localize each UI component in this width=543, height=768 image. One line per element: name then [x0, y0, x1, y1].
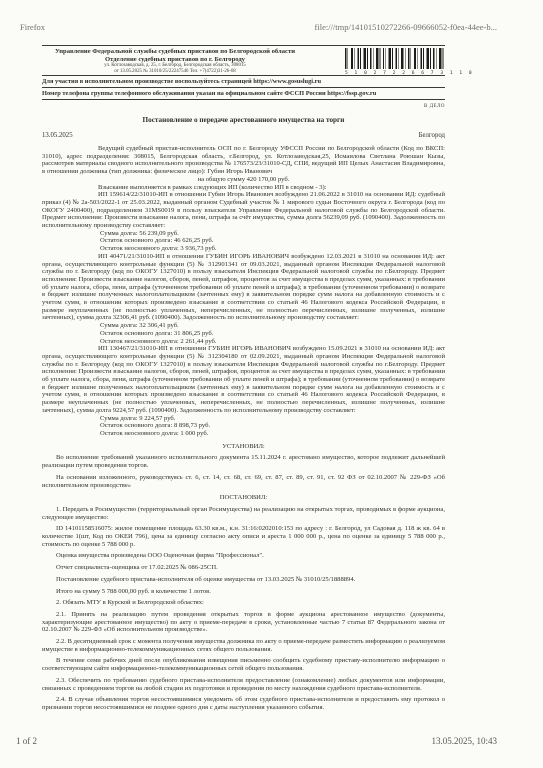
paragraph: Оценка имущества произведена ООО Оценочн…: [42, 552, 445, 560]
document-title: Постановление о передаче арестованного и…: [42, 117, 445, 125]
date-city-row: 13.05.2025 Белгород: [42, 132, 445, 140]
paragraph: 2.4. В случае объявления торгов несостоя…: [42, 696, 445, 711]
paragraph: На основании изложенного, руководствуясь…: [42, 474, 445, 489]
paragraph: ИП 40471/21/31010-ИП в отношении ГУБИН И…: [42, 253, 445, 322]
print-header: Firefox file:///tmp/14101510272266-09666…: [20, 22, 497, 32]
print-preview-page[interactable]: { "browser": { "app_label": "Firefox", "…: [0, 0, 543, 768]
paragraph: Остаток неосновного долга: 3 936,73 руб.: [42, 245, 445, 253]
paragraph: Остаток неосновного долга: 1 000 руб.: [42, 430, 445, 438]
barcode-block: 5 1 0 2 7 2 2 6 6 7 3 1 1 0: [345, 48, 445, 78]
letterhead: Управление Федеральной службы судебных п…: [42, 45, 445, 75]
paragraph: Сумма долга: 32 306,41 руб.: [42, 322, 445, 330]
paragraph: 2.2. В десятидневный срок с момента полу…: [42, 638, 445, 653]
browser-app-label: Firefox: [20, 22, 45, 32]
org-name-line2: Отделение судебных приставов по г. Белго…: [42, 56, 308, 64]
paragraph: Итого на сумму 5 788 000,00 руб. в колич…: [42, 588, 445, 596]
barcode-digits: 5 1 0 2 7 2 2 6 6 7 3 1 1 0: [345, 70, 445, 78]
document-ref-number: от 13.05.2025 № 31010/25/22247546 Тел. +…: [42, 69, 308, 75]
paragraph: Сумма долга: 9 224,57 руб.: [42, 415, 445, 423]
paragraph: Остаток основного долга: 46 626,25 руб.: [42, 237, 445, 245]
paragraph: ИП 159614/22/31010-ИП в отношении Губин …: [42, 191, 445, 230]
paragraph: Остаток основного долга: 31 806,25 руб.: [42, 330, 445, 338]
document-body: Ведущий судебный пристав-исполнитель ОСП…: [42, 145, 445, 712]
paragraph: ИП 130467/21/31010-ИП в отношении ГУБИН …: [42, 345, 445, 414]
paragraph: Остаток основного долга: 8 898,73 руб.: [42, 422, 445, 430]
paragraph: 1. Передать в Росимущество (территориаль…: [42, 506, 445, 521]
paragraph: 2. Обязать МТУ в Курской и Белгородской …: [42, 599, 445, 607]
fssp-phone-notice: Номер телефона группы телефонного обслуж…: [42, 87, 445, 100]
file-mark: В ДЕЛО: [42, 103, 445, 111]
paragraph: Взыскание выполняется в рамках следующих…: [42, 184, 445, 192]
paragraph: ID 14101158516075: жилое помещение площа…: [42, 525, 445, 548]
document-city: Белгород: [419, 132, 445, 140]
paragraph: УСТАНОВИЛ:: [42, 443, 445, 451]
document-page: Управление Федеральной службы судебных п…: [42, 45, 445, 712]
org-name-line1: Управление Федеральной службы судебных п…: [42, 48, 308, 56]
paragraph: Сумма долга: 56 239,09 руб.: [42, 230, 445, 238]
paragraph: 2.1. Принять на реализацию путем проведе…: [42, 611, 445, 634]
letterhead-org-block: Управление Федеральной службы судебных п…: [42, 48, 308, 75]
document-file-url: file:///tmp/14101510272266-09666052-f0ea…: [315, 22, 497, 32]
paragraph: 2.3. Обеспечить по требованию судебного …: [42, 677, 445, 692]
paragraph: на общую сумму 420 170,00 руб.: [42, 176, 445, 184]
paragraph: Остаток неосновного долга: 2 261,44 руб.: [42, 338, 445, 346]
print-footer: 1 of 2 13.05.2025, 10:43: [16, 736, 497, 746]
print-timestamp: 13.05.2025, 10:43: [431, 736, 497, 746]
page-indicator: 1 of 2: [16, 736, 37, 746]
paragraph: В течение семи рабочих дней после опубли…: [42, 657, 445, 672]
paragraph: ПОСТАНОВИЛ:: [42, 494, 445, 502]
paragraph: Постановление судебного пристава-исполни…: [42, 576, 445, 584]
paragraph: Во исполнение требований указанного испо…: [42, 454, 445, 469]
document-date: 13.05.2025: [42, 132, 73, 140]
paragraph: Ведущий судебный пристав-исполнитель ОСП…: [42, 145, 445, 176]
barcode-image: [345, 48, 445, 69]
paragraph: Отчет специалиста-оценщика от 17.02.2025…: [42, 564, 445, 572]
